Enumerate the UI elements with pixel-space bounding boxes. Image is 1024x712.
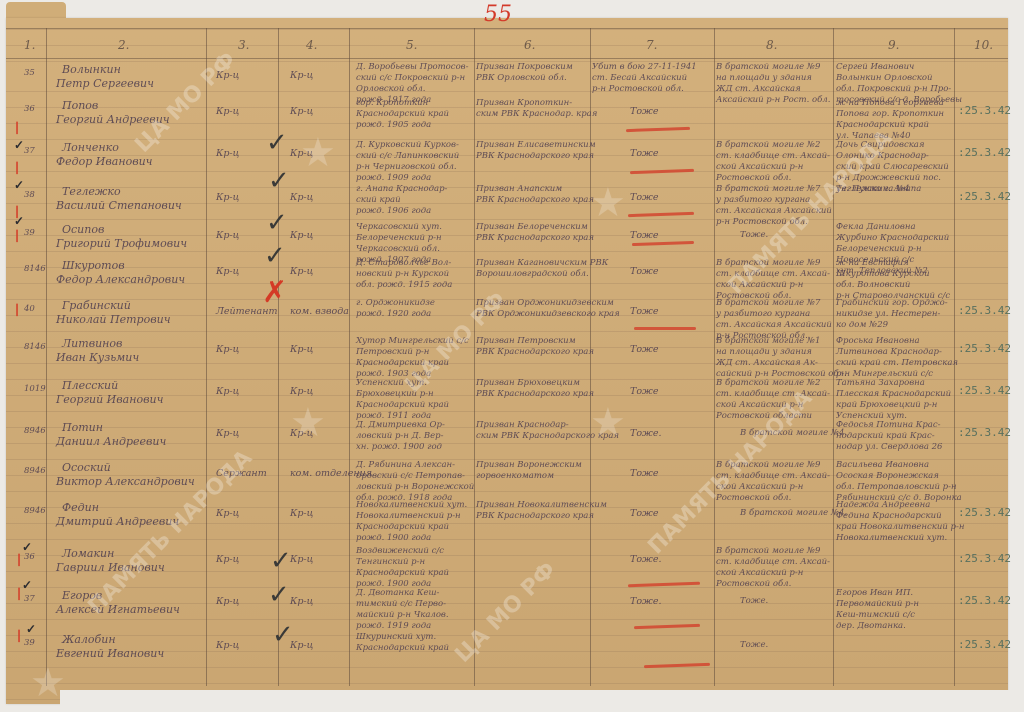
column-divider [714,28,715,686]
position: Кр-ц [290,230,313,242]
birthplace-line: рожд. 1905 года [356,120,431,131]
burial-place-line: В братской могиле №2 [716,140,820,151]
birthplace-line: г. Анапа Краснодар- [356,184,447,195]
next-of-kin-line: Волынкин Орловской [836,73,932,84]
birthplace-line: Д. Староволчье Вол- [356,258,451,269]
next-of-kin-line: никидзе ул. Нестерен- [836,309,940,320]
position: Кр-ц [290,266,313,278]
burial-place-line: В братской могиле №2 [716,378,820,389]
record-number: 37 [24,146,35,157]
next-of-kin-line: край Новокалитвенский р-н [836,522,964,533]
next-of-kin-line: Белореченский р-н [836,244,922,255]
record-number: 8146 [24,342,46,353]
burial-place-line: В братской могиле №9 [716,546,820,557]
margin-red-tick: ❘ [14,552,24,566]
military-rank: Кр-ц [216,554,239,566]
surname: Осоский [62,460,111,475]
fate-line: Тоже [630,468,658,480]
draft-office-line: РВК Краснодарского края [476,233,594,244]
birthplace-line: рожд. 1920 года [356,309,431,320]
birthplace-line: Д. Воробьевы Протосов- [356,62,469,73]
birthplace-line: Воздвиженский с/с [356,546,444,557]
military-rank: Кр-ц [216,344,239,356]
burial-place-line: Ростовской обл. [716,493,791,504]
burial-place-line: Тоже. [740,596,768,607]
birthplace-line: Краснодарский край [356,400,449,411]
draft-office-line: РВК Краснодарского края [476,151,594,162]
draft-office-line: горвоенкоматом [476,471,554,482]
next-of-kin-line: ко дом №29 [836,320,888,331]
burial-place-line: В братской могиле №9 [716,62,820,73]
column-number-10: 10. [974,38,993,52]
birthplace-line: Успенский хут. [356,378,427,389]
birthplace-line: Д. Рябинина Алексан- [356,460,455,471]
surname: Плесский [62,378,118,393]
next-of-kin-line: ж-на Попова Георгиева [836,98,944,109]
next-of-kin-line: Татьяна Захаровна [836,378,925,389]
header-top-line [6,28,1008,29]
fate-line: ст. Бесай Аксайский [592,73,687,84]
draft-office-line: Ворошиловградской обл. [476,269,589,280]
surname: Лонченко [62,140,119,155]
column-number-6: 6. [524,38,535,52]
military-rank: Сержант [216,468,267,480]
draft-office-line: Призван Кагановичским РВК [476,258,608,269]
record-number: 1019 [24,384,46,395]
next-of-kin-line: Попова гор. Кропоткин [836,109,944,120]
birthplace-line: рожд. 1900 года [356,533,431,544]
given-name: Георгий Иванович [56,392,163,407]
position: Кр-ц [290,596,313,608]
birthplace-line: хн. рожд. 1900 год [356,442,442,453]
birthplace-line: рожд. 1909 года [356,173,431,184]
birthplace-line: тимский с/с Перво- [356,599,446,610]
record-number: 8946 [24,466,46,477]
draft-office-line: Призван Новокалитвенским [476,500,607,511]
position: Кр-ц [290,554,313,566]
military-rank: Кр-ц [216,230,239,242]
given-name: Дмитрий Андреевич [56,514,179,529]
record-date: :25.3.42 [958,146,1011,159]
surname: Попов [62,98,98,113]
record-number: 38 [24,190,35,201]
surname: Потин [62,420,103,435]
next-of-kin-line: ский край ст. Петровская [836,358,958,369]
margin-red-tick: ❘ [14,586,24,600]
given-name: Петр Сергеевич [56,76,154,91]
position: Кр-ц [290,192,313,204]
birthplace-line: Петровский р-н [356,347,429,358]
military-rank: Кр-ц [216,106,239,118]
check-mark-icon: ✓ [270,548,292,574]
next-of-kin-line: Фроська Ивановна [836,336,920,347]
column-divider [474,28,475,686]
birthplace-line: Новокалитвенский р-н [356,511,461,522]
record-number: 8146 [24,264,46,275]
check-mark-icon: ✓ [266,130,288,156]
record-number: 39 [24,228,35,239]
record-number: 36 [24,104,35,115]
next-of-kin-line: Федосья Потина Крас- [836,420,940,431]
birthplace-line: Новокалитвенский хут. [356,500,467,511]
burial-place-line: Тоже. [740,640,768,651]
burial-place-line: В братской могиле №1 [716,336,820,347]
fate-line: Тоже [630,230,658,242]
given-name: Николай Петрович [56,312,171,327]
birthplace-line: майский р-н Чкалов. [356,610,449,621]
next-of-kin-line: Осоская Воронежская [836,471,939,482]
record-number: 39 [24,638,35,649]
next-of-kin-line: Литвинова Краснодар- [836,347,942,358]
draft-office-line: РВК Краснодарского края [476,347,594,358]
next-of-kin-line: ский край Слюсаревский [836,162,949,173]
draft-office-line: ским РВК Краснодар. края [476,109,597,120]
burial-place-line: ст. кладбище ст. Аксай- [716,269,830,280]
military-rank: Кр-ц [216,508,239,520]
birthplace-line: ский с/с Лапинковский [356,151,459,162]
draft-office-line: Призван Кропоткин- [476,98,572,109]
birthplace-line: Хутор Мингрельский с/с [356,336,469,347]
surname: Жалобин [62,632,116,647]
fate-line: Тоже [630,148,658,160]
burial-place-line: ской Аксайский р-н [716,400,803,411]
surname: Волынкин [62,62,121,77]
record-date: :25.3.42 [958,384,1011,397]
surname: Грабинский [62,298,131,313]
burial-place-line: В братской могиле №7 [716,184,820,195]
birthplace-line: ловский р-н Д. Вер- [356,431,443,442]
fate-line: Тоже [630,306,658,318]
burial-place-line: у разбитого кургана [716,309,810,320]
next-of-kin-line: дер. Двотанка. [836,621,906,632]
next-of-kin-line: Фекла Даниловна [836,222,916,233]
next-of-kin-line: Сергей Иванович [836,62,914,73]
burial-place-line: ст. кладбище ст. Аксай- [716,151,830,162]
record-date: :25.3.42 [958,594,1011,607]
red-cross-mark-icon: ✗ [262,280,287,306]
column-divider [833,28,834,686]
next-of-kin-line: обл. Петропавловский р-н [836,482,957,493]
given-name: Федор Александрович [56,272,185,287]
next-of-kin-line: Теглежко г. Анапа [836,184,921,195]
column-divider [46,28,47,686]
position: Кр-ц [290,344,313,356]
margin-tick-icon: ✓ [14,138,24,152]
next-of-kin-line: Федина Краснодарский [836,511,942,522]
birthplace-line: обл. рожд. 1915 года [356,280,452,291]
check-mark-icon: ✓ [266,210,288,236]
given-name: Гавриил Иванович [56,560,165,575]
burial-place-line: ст. Аксайская Аксайский [716,320,832,331]
check-mark-icon: ✓ [268,582,290,608]
next-of-kin-line: Журбино Краснодарский [836,233,949,244]
next-of-kin-line: Краснодарский край [836,120,929,131]
burial-place-line: В братской могиле №7 [716,298,820,309]
record-number: 8946 [24,506,46,517]
fate-line: р-н Ростовской обл. [592,84,684,95]
birthplace-line: ский край [356,195,401,206]
burial-place-line: ской Аксайский р-н [716,162,803,173]
military-rank: Кр-ц [216,640,239,652]
burial-place-line: ской Аксайский р-н [716,482,803,493]
burial-place-line: Ростовской обл. [716,579,791,590]
margin-red-tick: ❘ [12,302,22,316]
next-of-kin-line: Плесская Краснодарский [836,389,951,400]
given-name: Георгий Андреевич [56,112,170,127]
check-mark-icon: ✓ [272,622,294,648]
birthplace-line: Тенгинский р-н [356,557,425,568]
fate-line: Тоже [630,266,658,278]
military-rank: Кр-ц [216,428,239,440]
given-name: Евгений Иванович [56,646,164,661]
draft-office-line: Призван Орджоникидзевским [476,298,614,309]
given-name: Василий Степанович [56,198,182,213]
check-mark-icon: ✓ [268,168,290,194]
check-mark-icon: ✓ [264,243,286,269]
birthplace-line: Краснодарский край [356,643,449,654]
birthplace-line: р-н Черниговской обл. [356,162,457,173]
burial-place-line: Аксайский р-н Рост. обл. [716,95,830,106]
military-rank: Кр-ц [216,266,239,278]
record-number: 37 [24,594,35,605]
military-rank: Кр-ц [216,386,239,398]
given-name: Виктор Александрович [56,474,195,489]
surname: Ломакин [62,546,114,561]
fate-line: Тоже. [630,428,662,440]
header-bottom-line [6,58,1008,59]
burial-place-line: ст. кладбище ст. Аксай- [716,557,830,568]
margin-red-tick: ❘ [12,160,22,174]
burial-place-line: ст. кладбище ст. Аксай- [716,471,830,482]
record-date: :25.3.42 [958,304,1011,317]
burial-place-line: ЖД ст. Аксайская [716,84,801,95]
column-number-7: 7. [646,38,657,52]
burial-place-line: В братской могиле №9 [716,460,820,471]
column-divider [349,28,350,686]
burial-place-line: ст. Аксайская Аксайский [716,206,832,217]
burial-place-line: Ростовской области [716,411,812,422]
record-date: :25.3.42 [958,638,1011,651]
surname: Литвинов [62,336,122,351]
fate-line: Тоже. [630,596,662,608]
birthplace-line: Краснодарский край [356,522,449,533]
fate-line: Тоже [630,192,658,204]
burial-place-line: ской Аксайский р-н [716,280,803,291]
military-rank: Кр-ц [216,148,239,160]
birthplace-line: дровский с/с Петропав- [356,471,465,482]
military-rank: Кр-ц [216,70,239,82]
birthplace-line: Орловской обл. [356,84,425,95]
draft-office-line: Призван Покровским [476,62,573,73]
margin-red-tick: ❘ [14,628,24,642]
record-date: :25.3.42 [958,426,1011,439]
birthplace-line: Белореченский р-н [356,233,442,244]
draft-office-line: РВК Орловской обл. [476,73,567,84]
next-of-kin-line: Шкуротова Курской [836,269,930,280]
record-date: :25.3.42 [958,506,1011,519]
position: Кр-ц [290,148,313,160]
draft-office-line: РВК Орджоникидзевского края [476,309,620,320]
surname: Теглежко [62,184,121,199]
page-number-stamp: 55 [484,2,512,27]
fate-line: Тоже [630,386,658,398]
draft-office-line: Призван Брюховецким [476,378,580,389]
next-of-kin-line: нодар ул. Свердлова 26 [836,442,942,453]
draft-office-line: Призван Белореченским [476,222,588,233]
fate-line: Тоже [630,344,658,356]
next-of-kin-line: Первомайский р-н [836,599,919,610]
burial-place-line: на площади у здания [716,347,812,358]
surname: Егоров [62,588,102,603]
burial-place-line: ЖД ст. Аксайская Ак- [716,358,818,369]
record-date: :25.3.42 [958,552,1011,565]
position: Кр-ц [290,428,313,440]
record-number: 40 [24,304,35,315]
burial-place-line: В братской могиле №4. [740,508,847,519]
margin-tick-icon: ✓ [14,214,24,228]
birthplace-line: Краснодарский край [356,358,449,369]
burial-place-line: В братской могиле №9 [716,258,820,269]
position: Кр-ц [290,106,313,118]
page-edge [60,690,1020,712]
birthplace-line: Черкасовский обл. [356,244,440,255]
next-of-kin-line: Грабинский гор. Орджо- [836,298,948,309]
draft-office-line: Призван Елисаветинским [476,140,596,151]
next-of-kin-line: ж-на Евстафия [836,258,909,269]
military-rank: Кр-ц [216,596,239,608]
fate-line: Тоже [630,106,658,118]
burial-place-line: Тоже. [740,230,768,241]
birthplace-line: новский р-н Курской [356,269,449,280]
surname: Федин [62,500,99,515]
birthplace-line: гор. Кропоткин [356,98,428,109]
birthplace-line: Черкасовский хут. [356,222,442,233]
draft-office-line: ским РВК Краснодарского края [476,431,619,442]
draft-office-line: Призван Краснодар- [476,420,569,431]
red-underline [634,327,696,330]
given-name: Алексей Игнатьевич [56,602,180,617]
column-divider [954,28,955,686]
next-of-kin-line: нодарский край Крас- [836,431,935,442]
birthplace-line: Д. Дмитриевка Ор- [356,420,445,431]
birthplace-line: г. Орджоникидзе [356,298,435,309]
next-of-kin-line: Надежда Андреевна [836,500,930,511]
position: Кр-ц [290,386,313,398]
burial-place-line: р-н Ростовской обл. [716,217,808,228]
record-date: :25.3.42 [958,104,1011,117]
draft-office-line: РВК Краснодарского края [476,389,594,400]
next-of-kin-line: Дочь Свиридовская [836,140,924,151]
draft-office-line: РВК Краснодарского края [476,195,594,206]
position: Кр-ц [290,70,313,82]
birthplace-line: рожд. 1919 года [356,621,431,632]
column-number-2: 2. [118,38,129,52]
birthplace-line: ский с/с Покровский р-н [356,73,465,84]
birthplace-line: Д. Курковский Курков- [356,140,459,151]
margin-tick-icon: ✓ [26,622,36,636]
next-of-kin-line: р-н Дрожжевский пос. [836,173,941,184]
next-of-kin-line: Олонико Краснодар- [836,151,929,162]
burial-place-line: Ростовской обл. [716,173,791,184]
column-number-4: 4. [306,38,317,52]
fate-line: Тоже. [630,554,662,566]
position: Кр-ц [290,508,313,520]
next-of-kin-line: обл. Покровский р-н Про- [836,84,951,95]
next-of-kin-line: Егоров Иван ИП. [836,588,913,599]
burial-place-line: В братской могиле №4. [740,428,847,439]
birthplace-line: Брюховецкий р-н [356,389,434,400]
burial-place-line: ской Аксайский р-н [716,568,803,579]
next-of-kin-line: Новокалитвенский хут. [836,533,947,544]
draft-office-line: Призван Воронежским [476,460,582,471]
surname: Шкуротов [62,258,125,273]
column-number-9: 9. [888,38,899,52]
burial-place-line: ст. кладбище ст. Аксай- [716,389,830,400]
draft-office-line: Призван Петровским [476,336,576,347]
column-number-8: 8. [766,38,777,52]
birthplace-line: ловский р-н Воронежской [356,482,474,493]
margin-red-tick: ❘ [12,228,22,242]
draft-office-line: Призван Анапским [476,184,562,195]
military-rank: Кр-ц [216,192,239,204]
draft-office-line: РВК Краснодарского края [476,511,594,522]
position: ком. взвода [290,306,349,318]
birthplace-line: Краснодарский край [356,109,449,120]
birthplace-line: Шкуринский хут. [356,632,436,643]
fate-line: Тоже [630,508,658,520]
record-number: 8946 [24,426,46,437]
fate-line: Убит в бою 27-11-1941 [592,62,697,73]
record-date: :25.3.42 [958,342,1011,355]
margin-tick-icon: ✓ [14,178,24,192]
margin-red-tick: ❘ [12,120,22,134]
surname: Осипов [62,222,104,237]
given-name: Григорий Трофимович [56,236,187,251]
column-number-1: 1. [24,38,35,52]
column-number-3: 3. [238,38,249,52]
birthplace-line: рожд. 1906 года [356,206,431,217]
next-of-kin-line: Васильева Ивановна [836,460,929,471]
record-date: :25.3.42 [958,190,1011,203]
given-name: Федор Иванович [56,154,153,169]
given-name: Иван Кузьмич [56,350,139,365]
record-number: 35 [24,68,35,79]
next-of-kin-line: край Брюховецкий р-н [836,400,937,411]
burial-place-line: у разбитого кургана [716,195,810,206]
burial-place-line: на площади у здания [716,73,812,84]
column-divider [206,28,207,686]
birthplace-line: Краснодарский край [356,568,449,579]
birthplace-line: Д. Двотанка Кеш- [356,588,439,599]
next-of-kin-line: обл. Волновский [836,280,910,291]
column-number-5: 5. [406,38,417,52]
next-of-kin-line: Кеш-тимский с/с [836,610,915,621]
given-name: Даниил Андреевич [56,434,166,449]
